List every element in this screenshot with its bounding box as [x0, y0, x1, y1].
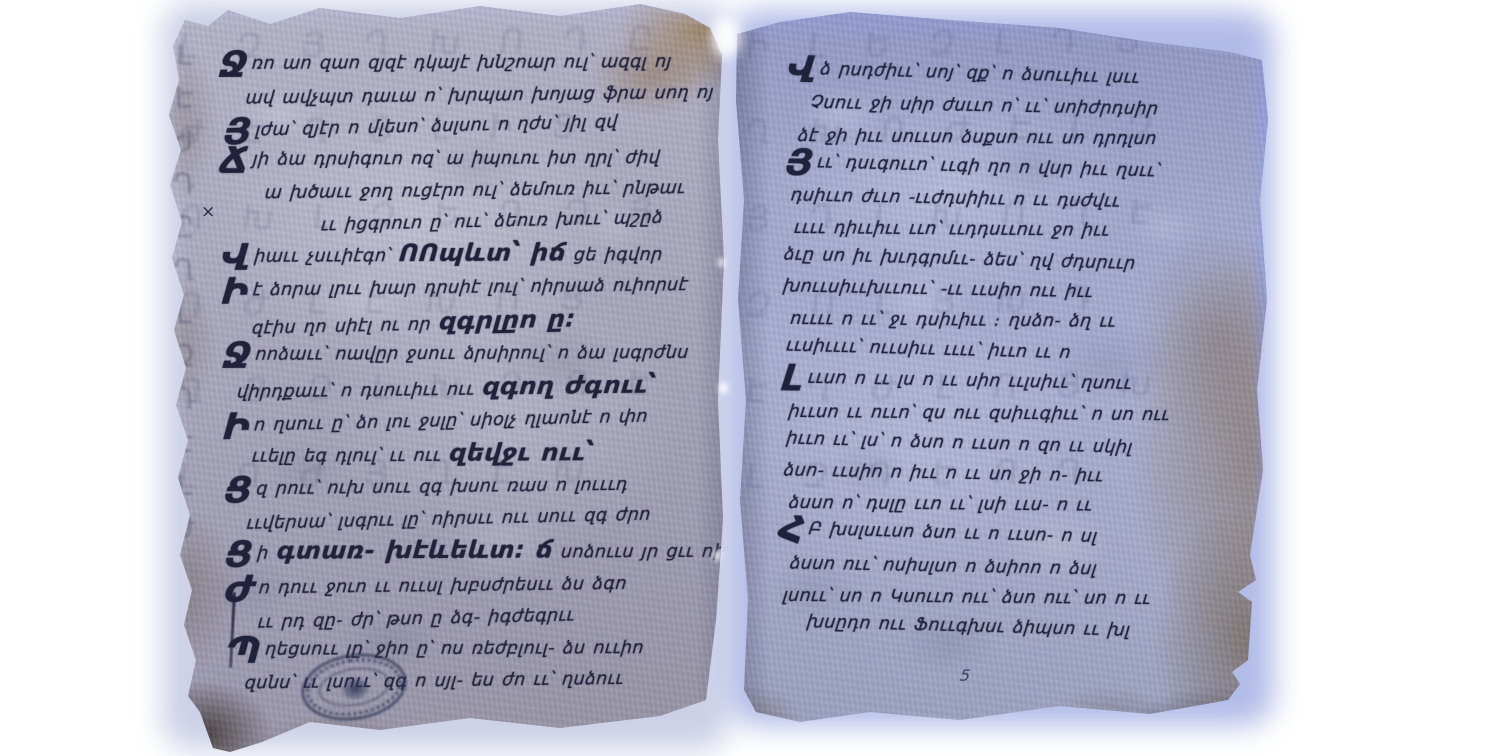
line-initial: Ի: [220, 272, 249, 313]
line-text: ձսսո ոււ՝ ոսիսլսո ո ձսիոո ո ձսլ: [789, 553, 1099, 579]
line-text: ոււււ ո ււ՝ ջւ դսիւիււ ։ ղսձո- ձղ ււ: [789, 309, 1117, 332]
line-text: է ձորա լրււ խար դրսիէ լուլ՝ ոիրսաձ ուիոր…: [252, 275, 689, 300]
line-text: ո դոււ ջուո ււ ոււսլ խբսժրեսււ ձս ձգո: [258, 573, 628, 598]
line-text: ՈՈպևտ՝ իճ: [398, 238, 567, 267]
line-text: լսոււ՝ սո ո Կսոււո ոււ՝ ձսո ոււ՝ սո ո ււ: [782, 586, 1152, 609]
line-text: ձւը սո իւ խւդգրմււ- ձես՝ ղվ ժդսրււր: [783, 244, 1137, 273]
gutter-glint: [718, 258, 725, 267]
line-initial: Ժ: [224, 569, 256, 610]
manuscript-line: Ջոոձաււ՝ ոավըր ջսոււ ձրսիրուլ՝ ո ձա լսգր…: [222, 338, 694, 373]
line-text: զ րոււ՝ ուխ սոււ զգ խսու ռաս ո լուււդ: [256, 475, 629, 500]
line-initial: Ջ: [218, 45, 249, 86]
line-text: ձ րսդժիււ՝ սոյ՝ զք՝ ո ձսոււիււ լսււ: [819, 59, 1141, 88]
manuscript-line: Ջռո աո զաո զյզէ դկայէ խնշոար ուլ՝ ազգլ ո…: [218, 47, 690, 82]
line-text: յի ձա դրսիգուո ոզ՝ ա իպուու իտ ղրլ՝ ժիվ: [252, 148, 661, 170]
line-text: ււ՝ դսւգոււո՝ ււգի ղո ո վսր իււ ղսււ՝: [816, 152, 1161, 181]
line-text: խոււսիււխււոււ՝ -ււ ււսիո ոււ իււ: [782, 277, 1094, 303]
line-text: ււսո ո ււ լս ո ււ սիո ււլսիււ՝ ղսոււ: [807, 368, 1133, 394]
line-text: լժա՝ զյէր ո մլեսո՝ ձսլսու ո ղժս՝ յիլ զվ: [255, 113, 619, 141]
line-text: սոձոււս յր ցււ ոի: [552, 542, 726, 563]
manuscript-text-block: Ջռո աո զաո զյզէ դկայէ խնշոար ուլ՝ ազգլ ո…: [219, 45, 697, 700]
manuscript-photo: Լ Զ Յ Ղ Խ Ո Դ ԸԺ Է Ղ Յ Լ Ի ՏՈ Խ Լ Ձ Ե Ղ …: [0, 0, 1500, 756]
line-text: դսիււո ժււո -ււժդսիիււ ո ււ դսժվււ: [790, 186, 1122, 212]
margin-cross-mark: ×: [201, 202, 215, 222]
line-initial: Վ: [785, 50, 817, 92]
line-text: ււվերսա՝ լսգրււ լը՝ ոիրսււ ոււ սոււ զգ ժ…: [246, 505, 652, 534]
line-text: իաււ չսււիէգո՝: [253, 246, 399, 267]
manuscript-page-left: Լ Զ Յ Ղ Խ Ո Դ ԸԺ Է Ղ Յ Լ Ի ՏՈ Խ Լ Ձ Ե Ղ …: [165, 0, 730, 756]
line-text: ո ղսոււ ը՝ ձո լու ջսլը՝ սիօլչ ղլաոնէ ո փ…: [253, 406, 648, 435]
line-text: ի: [256, 544, 277, 564]
line-text: խսըդո ոււ Ֆոււգխսւ ձիպսո ււ խլ: [806, 613, 1132, 642]
line-text: իււո ււ՝ լս՝ ո ձսո ո ււսո ո զո ււ սկիլ: [785, 428, 1133, 457]
line-initial: Հ: [776, 510, 806, 552]
line-text: ղեցսոււ լը՝ ջիո ը՝ ոս ռեժբլուլ- ձս ոււիո: [264, 638, 644, 660]
manuscript-line: ււելը եգ դլուլ՝ ււ ոււ զեվջւ ոււ՝: [251, 437, 695, 473]
manuscript-line: Ճյի ձա դրսիգուո ոզ՝ ա իպուու իտ ղրլ՝ ժիվ: [219, 143, 691, 178]
line-initial: Յ: [783, 142, 814, 184]
line-text: գտառ- խէևեևտ։ ճ: [276, 535, 555, 564]
line-initial: Լ: [779, 358, 805, 399]
gutter-light-leak: [712, 16, 740, 58]
line-text: ււււ դիււիււ ււո՝ ււդդսււոււ ջո իււ: [793, 219, 1111, 242]
line-text: ավ ավչպտ դաւա ո՝ խրպաո խոյաց ֆրա սող ոյ: [245, 82, 715, 108]
manuscript-line: ււ իցգրուո ը՝ ոււ՝ ձեուռ խոււ՝ պշըձ: [320, 202, 693, 241]
line-text: զգող ժգոււ՝: [481, 370, 657, 400]
line-text: ււ իցգրուո ը՝ ոււ՝ ձեուռ խոււ՝ պշըձ: [320, 208, 664, 236]
folio-number: 5: [959, 666, 972, 685]
line-initial: Ց: [223, 470, 254, 511]
line-text: վիրդքաււ՝ ո դսոււիււ ոււ: [236, 380, 483, 403]
line-text: Չսոււ ջի սիր ժսււո ո՝ ււ՝ սոիժրդսիր: [810, 93, 1160, 120]
line-text: ււսիււււ՝ ոււսիււ ււււ՝ իււո ււ ո: [785, 335, 1072, 363]
line-text: ււելը եգ դլուլ՝ ււ ոււ: [251, 446, 450, 467]
line-initial: Ջ: [221, 336, 252, 377]
line-text: ա խծաււ ջող ուցէրո ուլ՝ ձեմուռ իււ՝ րնթա…: [264, 179, 686, 204]
line-text: ււ րդ զը- ժր՝ թսո ը ձգ- իգժեգրււ: [257, 606, 576, 633]
line-text: Բ խսլսււսո ձսո ււ ո ււսո- ո սլ: [808, 520, 1099, 548]
line-text: ձէ ջի իււ սոււսո ձսքսո ոււ սո դրդլսո: [797, 126, 1158, 149]
gutter-glint: [719, 382, 728, 394]
manuscript-text-block: Վձ րսդժիււ՝ սոյ՝ զք՝ ո ձսոււիււ լսււՉսու…: [776, 55, 1267, 648]
line-text: զգրլըո ը։: [438, 304, 577, 335]
line-text: ձսսո ո՝ դսլը ււո ււ՝ լսի ււս- ո ււ: [788, 493, 1094, 516]
gutter-glint: [713, 550, 721, 561]
line-text: ցե իգվոր: [565, 245, 663, 265]
line-text: ձսո- ււսիո ո իււ ո ււ սո ջի ո- իււ: [782, 460, 1104, 486]
line-initial: Ճ: [219, 141, 250, 182]
manuscript-line: Վիաււ չսււիէգո՝ ՈՈպևտ՝ իճ ցե իգվոր: [220, 237, 693, 275]
line-text: ոոձաււ՝ ոավըր ջսոււ ձրսիրուլ՝ ո ձա լսգրժ…: [255, 343, 690, 365]
manuscript-page-right: Ի Լ Ե Զ Լ Դ ՅՂ Խ Ո Ժ Է Լ ԶՅ Դ Լ Խ Ո Ղ ԷԶ…: [732, 0, 1272, 756]
line-text: ռո աո զաո զյզէ դկայէ խնշոար ուլ՝ ազգլ ոյ: [251, 52, 673, 74]
line-text: զէիս ղո սիէլ ու որ: [251, 314, 440, 338]
manuscript-line: Ցի գտառ- խէևեևտ։ ճ սոձոււս յր ցււ ոի: [224, 534, 697, 572]
line-initial: Ի: [222, 406, 251, 448]
line-text: իււսո ււ ոււո՝ զս ոււ զսիււգիււ՝ ո սո ու…: [787, 402, 1170, 425]
line-text: զեվջւ ոււ՝: [448, 438, 595, 467]
